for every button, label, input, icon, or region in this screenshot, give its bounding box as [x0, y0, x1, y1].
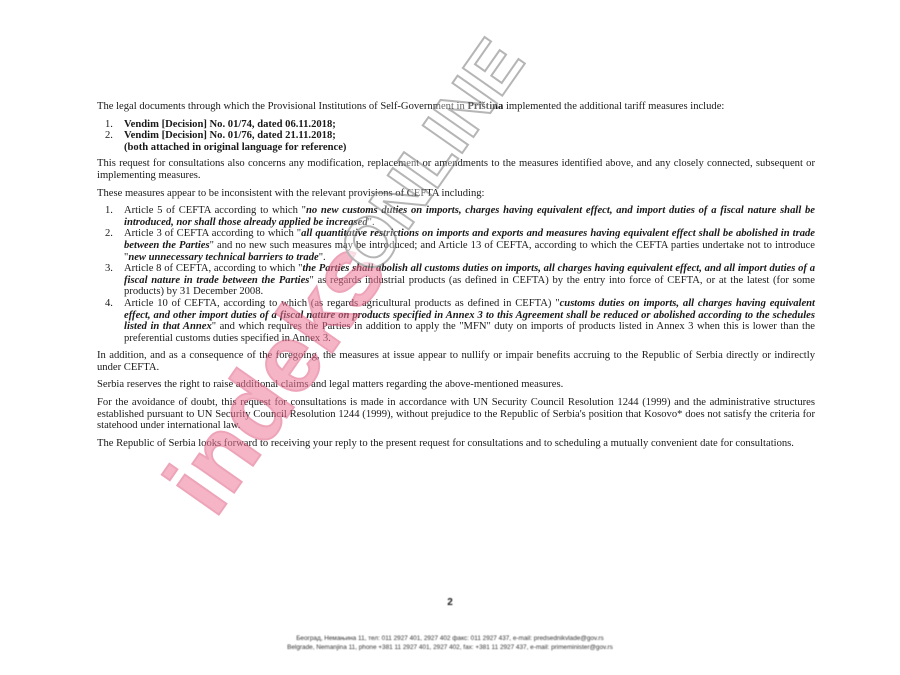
list-number: 4.	[105, 298, 113, 310]
article-text: ".	[368, 217, 375, 228]
list-number: 1.	[105, 119, 113, 131]
page-number: 2	[0, 597, 900, 608]
decisions-list: 1.Vendim [Decision] No. 01/74, dated 06.…	[97, 119, 815, 154]
document-body: The legal documents through which the Pr…	[97, 101, 815, 455]
list-number: 1.	[105, 205, 113, 217]
articles-list: 1.Article 5 of CEFTA according to which …	[97, 205, 815, 344]
article-item: 3.Article 8 of CEFTA, according to which…	[97, 263, 815, 298]
decision-item: 2.Vendim [Decision] No. 01/76, dated 21.…	[97, 130, 815, 142]
decision-label: Vendim [Decision] No. 01/76,	[124, 130, 255, 141]
article-text: Article 5 of CEFTA according to which "	[124, 205, 306, 216]
list-number: 3.	[105, 263, 113, 275]
decisions-note: (both attached in original language for …	[97, 142, 815, 154]
modification-paragraph: This request for consultations also conc…	[97, 158, 815, 181]
article-text: Article 10 of CEFTA, according to which …	[124, 298, 560, 309]
decision-date: dated 06.11.2018;	[255, 119, 336, 130]
intro-text-after: implemented the additional tariff measur…	[503, 101, 724, 112]
closing-paragraph: The Republic of Serbia looks forward to …	[97, 438, 815, 450]
document-page: The legal documents through which the Pr…	[0, 0, 900, 675]
article-text: Article 3 of CEFTA according to which "	[124, 228, 301, 239]
decisions-note-text: (both attached in original language for …	[124, 142, 346, 153]
footer-line-cyrillic: Београд, Немањина 11, тел: 011 2927 401,…	[0, 634, 900, 643]
intro-paragraph: The legal documents through which the Pr…	[97, 101, 815, 113]
article-item: 1.Article 5 of CEFTA according to which …	[97, 205, 815, 228]
footer-line-latin: Belgrade, Nemanjina 11, phone +381 11 29…	[0, 643, 900, 652]
article-text: Article 8 of CEFTA, according to which "	[124, 263, 302, 274]
nullify-paragraph: In addition, and as a consequence of the…	[97, 350, 815, 373]
article-text: " and which requires the Parties in addi…	[124, 321, 815, 344]
list-number: 2.	[105, 130, 113, 142]
article-quote: new unnecessary technical barriers to tr…	[128, 252, 318, 263]
place-name: Priština	[467, 101, 503, 112]
avoidance-paragraph: For the avoidance of doubt, this request…	[97, 397, 815, 432]
article-item: 2.Article 3 of CEFTA according to which …	[97, 228, 815, 263]
decision-date: dated 21.11.2018;	[255, 130, 336, 141]
letterhead-footer: Београд, Немањина 11, тел: 011 2927 401,…	[0, 634, 900, 652]
article-text: ".	[319, 252, 326, 263]
article-item: 4.Article 10 of CEFTA, according to whic…	[97, 298, 815, 344]
decision-label: Vendim [Decision] No. 01/74,	[124, 119, 255, 130]
inconsistent-paragraph: These measures appear to be inconsistent…	[97, 188, 815, 200]
reserves-paragraph: Serbia reserves the right to raise addit…	[97, 379, 815, 391]
decision-item: 1.Vendim [Decision] No. 01/74, dated 06.…	[97, 119, 815, 131]
list-number: 2.	[105, 228, 113, 240]
intro-text: The legal documents through which the Pr…	[97, 101, 467, 112]
